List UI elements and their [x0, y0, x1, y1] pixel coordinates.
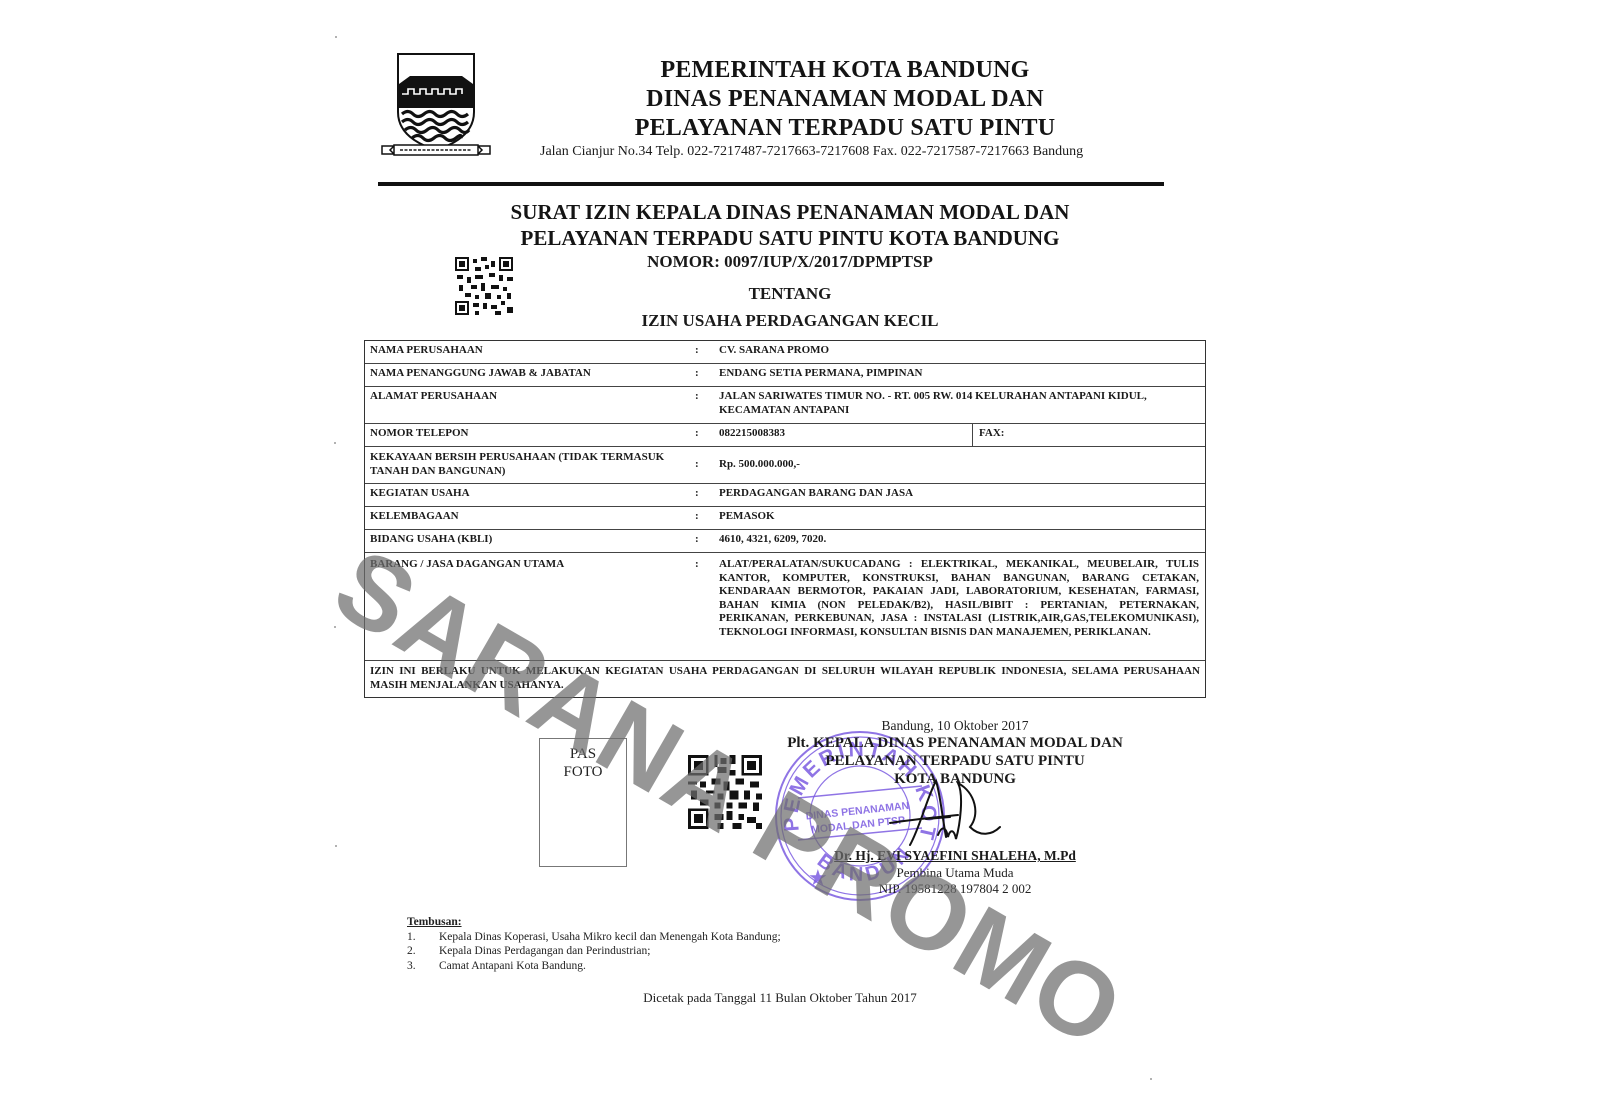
- row-label: NOMOR TELEPON: [365, 424, 695, 446]
- tentang-label: TENTANG: [440, 284, 1140, 304]
- scan-speck: [334, 442, 336, 444]
- photo-label-line2: FOTO: [540, 763, 626, 781]
- row-label: KEKAYAAN BERSIH PERUSAHAAN (TIDAK TERMAS…: [365, 449, 695, 481]
- letterhead-line1: PEMERINTAH KOTA BANDUNG: [520, 56, 1170, 85]
- handwritten-signature-icon: [880, 775, 1010, 855]
- list-text: Kepala Dinas Perdagangan dan Perindustri…: [439, 944, 650, 959]
- signatory-rank: Pembina Utama Muda: [770, 865, 1140, 881]
- row-label: ALAMAT PERUSAHAAN: [365, 387, 695, 423]
- qr-code-icon: [455, 257, 513, 315]
- row-label: NAMA PERUSAHAAN: [365, 341, 695, 363]
- carbon-copy-heading: Tembusan:: [407, 915, 781, 930]
- row-value: ENDANG SETIA PERMANA, PIMPINAN: [719, 364, 1205, 386]
- list-number: 1.: [407, 930, 439, 945]
- document-subject: IZIN USAHA PERDAGANGAN KECIL: [440, 311, 1140, 331]
- scan-speck: [334, 626, 336, 628]
- row-value: PEMASOK: [719, 507, 1205, 529]
- row-value: PERDAGANGAN BARANG DAN JASA: [719, 484, 1205, 506]
- row-colon: :: [695, 553, 719, 660]
- table-row: BARANG / JASA DAGANGAN UTAMA : ALAT/PERA…: [365, 552, 1205, 660]
- table-row: ALAMAT PERUSAHAAN : JALAN SARIWATES TIMU…: [365, 386, 1205, 423]
- scan-speck: [335, 845, 337, 847]
- row-value: 082215008383 FAX:: [719, 424, 1205, 446]
- row-label: KEGIATAN USAHA: [365, 484, 695, 506]
- table-row: KEKAYAAN BERSIH PERUSAHAAN (TIDAK TERMAS…: [365, 446, 1205, 483]
- row-value: ALAT/PERALATAN/SUKUCADANG : ELEKTRIKAL, …: [719, 553, 1205, 660]
- table-row: BIDANG USAHA (KBLI) : 4610, 4321, 6209, …: [365, 529, 1205, 552]
- row-colon: :: [695, 424, 719, 446]
- signatory-nip: NIP. 19581228 197804 2 002: [770, 881, 1140, 897]
- table-row: NOMOR TELEPON : 082215008383 FAX:: [365, 423, 1205, 446]
- title-line2: PELAYANAN TERPADU SATU PINTU KOTA BANDUN…: [440, 225, 1140, 251]
- row-colon: :: [695, 456, 719, 475]
- row-value: 4610, 4321, 6209, 7020.: [719, 530, 1205, 552]
- row-value: Rp. 500.000.000,-: [719, 456, 1205, 475]
- permit-document: PEMERINTAH KOTA BANDUNG DINAS PENANAMAN …: [0, 0, 1600, 1116]
- letterhead-divider: [378, 182, 1164, 186]
- row-label: NAMA PENANGGUNG JAWAB & JABATAN: [365, 364, 695, 386]
- sign-title-line1: Plt. KEPALA DINAS PENANAMAN MODAL DAN: [770, 734, 1140, 752]
- permit-details-table: NAMA PERUSAHAAN : CV. SARANA PROMO NAMA …: [364, 340, 1206, 698]
- list-item: 3. Camat Antapani Kota Bandung.: [407, 959, 781, 974]
- sign-place-date: Bandung, 10 Oktober 2017: [770, 718, 1140, 734]
- title-line1: SURAT IZIN KEPALA DINAS PENANAMAN MODAL …: [440, 199, 1140, 225]
- row-label: BARANG / JASA DAGANGAN UTAMA: [365, 553, 695, 660]
- letterhead-line3: PELAYANAN TERPADU SATU PINTU: [520, 114, 1170, 143]
- validity-note: IZIN INI BERLAKU UNTUK MELAKUKAN KEGIATA…: [365, 660, 1205, 697]
- qr-code-icon: [688, 755, 762, 829]
- printed-date: Dicetak pada Tanggal 11 Bulan Oktober Ta…: [560, 990, 1000, 1006]
- row-colon: :: [695, 530, 719, 552]
- table-row: NAMA PENANGGUNG JAWAB & JABATAN : ENDANG…: [365, 363, 1205, 386]
- phone-value: 082215008383: [719, 424, 973, 446]
- scan-speck: [1150, 1078, 1152, 1080]
- list-text: Camat Antapani Kota Bandung.: [439, 959, 586, 974]
- photo-placeholder: PAS FOTO: [539, 738, 627, 867]
- signatory-name: Dr. Hj. EVI SYAEFINI SHALEHA, M.Pd: [770, 848, 1140, 864]
- row-label: BIDANG USAHA (KBLI): [365, 530, 695, 552]
- table-row: NAMA PERUSAHAAN : CV. SARANA PROMO: [365, 341, 1205, 363]
- sign-title-line2: PELAYANAN TERPADU SATU PINTU: [770, 752, 1140, 770]
- list-number: 3.: [407, 959, 439, 974]
- carbon-copy-list: Tembusan: 1. Kepala Dinas Koperasi, Usah…: [407, 915, 781, 973]
- table-row: KELEMBAGAAN : PEMASOK: [365, 506, 1205, 529]
- row-value: JALAN SARIWATES TIMUR NO. - RT. 005 RW. …: [719, 387, 1205, 423]
- document-title: SURAT IZIN KEPALA DINAS PENANAMAN MODAL …: [440, 199, 1140, 251]
- list-text: Kepala Dinas Koperasi, Usaha Mikro kecil…: [439, 930, 781, 945]
- list-number: 2.: [407, 944, 439, 959]
- letterhead-line2: DINAS PENANAMAN MODAL DAN: [520, 85, 1170, 114]
- letterhead: PEMERINTAH KOTA BANDUNG DINAS PENANAMAN …: [520, 56, 1170, 143]
- row-colon: :: [695, 507, 719, 529]
- list-item: 2. Kepala Dinas Perdagangan dan Perindus…: [407, 944, 781, 959]
- letterhead-address: Jalan Cianjur No.34 Telp. 022-7217487-72…: [540, 144, 1180, 160]
- bandung-coat-of-arms-icon: [380, 50, 492, 160]
- row-colon: :: [695, 364, 719, 386]
- row-label: KELEMBAGAAN: [365, 507, 695, 529]
- table-row: KEGIATAN USAHA : PERDAGANGAN BARANG DAN …: [365, 483, 1205, 506]
- row-colon: :: [695, 341, 719, 363]
- row-value: CV. SARANA PROMO: [719, 341, 1205, 363]
- row-colon: :: [695, 387, 719, 423]
- document-number: NOMOR: 0097/IUP/X/2017/DPMPTSP: [440, 252, 1140, 272]
- fax-label: FAX:: [973, 424, 1205, 446]
- list-item: 1. Kepala Dinas Koperasi, Usaha Mikro ke…: [407, 930, 781, 945]
- row-colon: :: [695, 484, 719, 506]
- scan-speck: [335, 36, 337, 38]
- photo-label-line1: PAS: [540, 745, 626, 763]
